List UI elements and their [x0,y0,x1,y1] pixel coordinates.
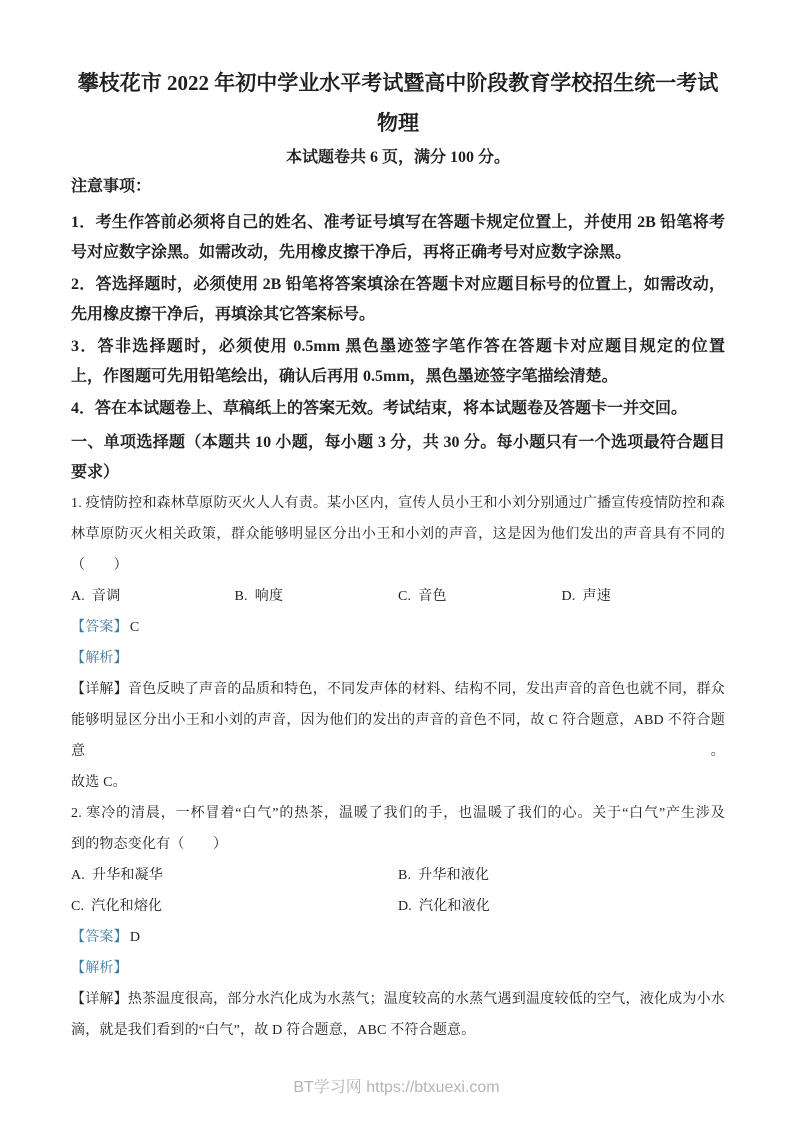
option-text: 升华和凝华 [92,868,163,883]
notice-list: 1．考生作答前必须将自己的姓名、准考证号填写在答题卡规定位置上，并使用 2B 铅… [71,208,725,424]
notice-line: 2．答选择题时，必须使用 2B 铅笔将答案填涂在答题卡对应题目标号的位置上，如需… [71,270,725,300]
option-label: B. [235,589,248,604]
page-content: 攀枝花市 2022 年初中学业水平考试暨高中阶段教育学校招生统一考试 物理 本试… [0,0,793,1046]
notice-item: 1．考生作答前必须将自己的姓名、准考证号填写在答题卡规定位置上，并使用 2B 铅… [71,208,725,268]
notice-line: 3．答非选择题时，必须使用 0.5mm 黑色墨迹签字笔作答在答题卡对应题目规定的… [71,332,725,362]
option-item: C.汽化和熔化 [71,891,398,922]
option-item: B.升华和液化 [398,860,725,891]
notice-heading: 注意事项： [71,174,725,200]
answer-label: 【答案】 [71,620,128,635]
detail-paragraph: 【详解】音色反映了声音的品质和特色，不同发声体的材料、结构不同，发出声音的音色也… [71,674,725,798]
section-heading-line: 要求） [71,458,725,488]
option-label: C. [71,899,84,914]
stem-line: （ ） [71,550,725,581]
detail-paragraph: 【详解】热茶温度很高，部分水汽化成为水蒸气；温度较高的水蒸气遇到温度较低的空气，… [71,984,725,1046]
option-label: A. [71,589,85,604]
detail-line: 故选 C。 [71,767,725,798]
option-item: A.升华和凝华 [71,860,398,891]
option-text: 汽化和液化 [419,899,490,914]
question-block: 1. 疫情防控和森林草原防灭火人人有责。某小区内，宣传人员小王和小刘分别通过广播… [71,488,725,798]
notice-item: 2．答选择题时，必须使用 2B 铅笔将答案填涂在答题卡对应题目标号的位置上，如需… [71,270,725,330]
questions-area: 1. 疫情防控和森林草原防灭火人人有责。某小区内，宣传人员小王和小刘分别通过广播… [71,488,725,1046]
notice-item: 3．答非选择题时，必须使用 0.5mm 黑色墨迹签字笔作答在答题卡对应题目规定的… [71,332,725,392]
option-text: 响度 [255,589,283,604]
stem-line: 林草原防灭火相关政策，群众能够明显区分出小王和小刘的声音，这是因为他们发出的声音… [71,519,725,550]
answer-label: 【答案】 [71,930,128,945]
section-heading: 一、单项选择题（本题共 10 小题，每小题 3 分，共 30 分。每小题只有一个… [71,428,725,488]
notice-line: 先用橡皮擦干净后，再填涂其它答案标号。 [71,300,725,330]
option-item: D.汽化和液化 [398,891,725,922]
stem-line: 到的物态变化有（ ） [71,829,725,860]
option-text: 音调 [92,589,120,604]
notice-line: 4．答在本试题卷上、草稿纸上的答案无效。考试结束，将本试题卷及答题卡一并交回。 [71,394,725,424]
option-label: C. [398,589,411,604]
question-stem: 2. 寒冷的清晨，一杯冒着“白气”的热茶，温暖了我们的手，也温暖了我们的心。关于… [71,798,725,860]
detail-line: 【详解】热茶温度很高，部分水汽化成为水蒸气；温度较高的水蒸气遇到温度较低的空气，… [71,984,725,1015]
detail-line: 滴，就是我们看到的“白气”，故 D 符合题意，ABC 不符合题意。 [71,1015,725,1046]
answer-value: C [130,620,140,635]
option-text: 声速 [583,589,611,604]
option-label: A. [71,868,85,883]
question-block: 2. 寒冷的清晨，一杯冒着“白气”的热茶，温暖了我们的手，也温暖了我们的心。关于… [71,798,725,1046]
option-text: 汽化和熔化 [91,899,162,914]
analysis-label: 【解析】 [71,953,725,984]
notice-line: 1．考生作答前必须将自己的姓名、准考证号填写在答题卡规定位置上，并使用 2B 铅… [71,208,725,238]
notice-line: 上，作图题可先用铅笔绘出，确认后再用 0.5mm，黑色墨迹签字笔描绘清楚。 [71,362,725,392]
options-grid: A.音调B.响度C.音色D.声速 [71,581,725,612]
analysis-label: 【解析】 [71,643,725,674]
footer-watermark: BT学习网 https://btxuexi.com [0,1078,793,1098]
option-item: A.音调 [71,581,235,612]
option-item: C.音色 [398,581,562,612]
subject-title: 物理 [71,110,725,136]
option-text: 音色 [418,589,446,604]
answer-value: D [130,930,140,945]
stem-line: 2. 寒冷的清晨，一杯冒着“白气”的热茶，温暖了我们的手，也温暖了我们的心。关于… [71,798,725,829]
option-item: D.声速 [562,581,726,612]
notice-line: 号对应数字涂黑。如需改动，先用橡皮擦干净后，再将正确考号对应数字涂黑。 [71,238,725,268]
detail-line: 能够明显区分出小王和小刘的声音，因为他们的发出的声音的音色不同，故 C 符合题意… [71,705,725,767]
option-text: 升华和液化 [418,868,489,883]
section-heading-line: 一、单项选择题（本题共 10 小题，每小题 3 分，共 30 分。每小题只有一个… [71,428,725,458]
answer-line: 【答案】C [71,612,725,643]
options-grid: A.升华和凝华B.升华和液化C.汽化和熔化D.汽化和液化 [71,860,725,922]
notice-item: 4．答在本试题卷上、草稿纸上的答案无效。考试结束，将本试题卷及答题卡一并交回。 [71,394,725,424]
paper-info: 本试题卷共 6 页，满分 100 分。 [71,145,725,171]
page-title: 攀枝花市 2022 年初中学业水平考试暨高中阶段教育学校招生统一考试 [71,70,725,96]
answer-line: 【答案】D [71,922,725,953]
question-stem: 1. 疫情防控和森林草原防灭火人人有责。某小区内，宣传人员小王和小刘分别通过广播… [71,488,725,581]
option-label: D. [562,589,576,604]
option-item: B.响度 [235,581,399,612]
detail-line: 【详解】音色反映了声音的品质和特色，不同发声体的材料、结构不同，发出声音的音色也… [71,674,725,705]
option-label: D. [398,899,412,914]
stem-line: 1. 疫情防控和森林草原防灭火人人有责。某小区内，宣传人员小王和小刘分别通过广播… [71,488,725,519]
option-label: B. [398,868,411,883]
